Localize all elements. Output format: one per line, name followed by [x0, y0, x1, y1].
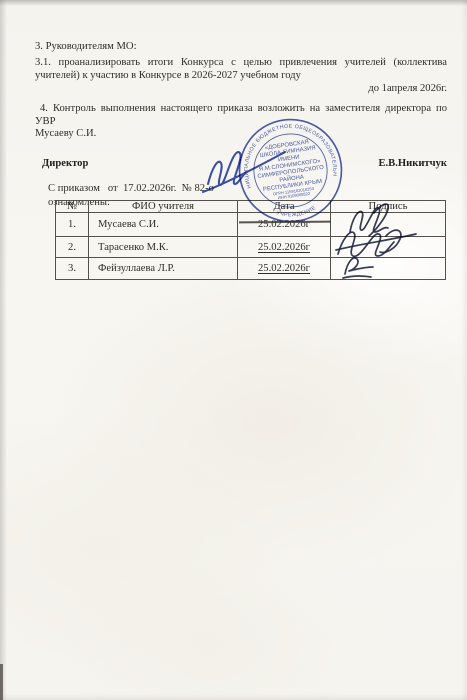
item-3-1-line1: 3.1. проанализировать итоги Конкурса с ц… [35, 57, 447, 70]
ack-date-text: 25.02.2026г [258, 263, 310, 274]
teacher-name: Фейзуллаева Л.Р. [89, 258, 238, 280]
col-header-num: № [56, 201, 89, 213]
teacher-signatures [330, 198, 450, 284]
teacher-signature-3 [343, 276, 371, 278]
deadline-text: до 1апреля 2026г. [35, 83, 447, 96]
scanned-order-page: 3. Руководителям МО: 3.1. проанализирова… [0, 0, 467, 700]
item-3-1-paragraph: 3.1. проанализировать итоги Конкурса с ц… [35, 57, 447, 82]
ack-date-text: 25.02.2026г [258, 242, 310, 253]
director-label: Директор [35, 158, 88, 171]
row-num: 2. [56, 237, 89, 258]
teacher-signature-2 [336, 234, 416, 250]
row-num: 3. [56, 258, 89, 280]
director-name: Е.В.Никитчук [378, 158, 447, 171]
teacher-name: Тарасенко М.К. [89, 237, 238, 258]
ack-date: 25.02.2026г [238, 237, 331, 258]
row-num: 1. [56, 213, 89, 237]
col-header-name: ФИО учителя [89, 201, 238, 213]
section3-heading: 3. Руководителям МО: [35, 41, 447, 54]
scan-edge-artifact [0, 664, 3, 700]
teacher-name: Мусаева С.И. [89, 213, 238, 237]
item-3-1-line2: учителей) к участию в Конкурсе в 2026-20… [35, 70, 447, 83]
teacher-signature-3 [345, 258, 373, 274]
ack-date: 25.02.2026г [238, 258, 331, 280]
stamp-ring-text-bottom: УЧРЕЖДЕНИЕ [275, 205, 318, 221]
director-signature [200, 140, 288, 202]
